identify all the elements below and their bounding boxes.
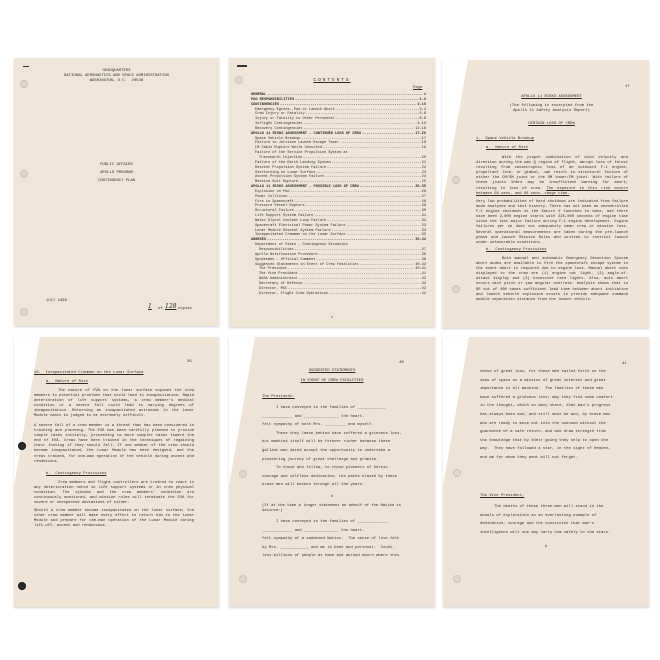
crewman-paragraph: Should a crew member become incapacitate… (34, 509, 194, 529)
crewman-item-text: 10. Incapacitated Crewman on the Lunar S… (34, 371, 143, 375)
vice-president-statement: The deaths of these three men will stand… (480, 503, 640, 537)
crewman-sub-b: b. Contingency Provisions (46, 472, 107, 477)
cover-title-line: CONTINGENCY PLAN (14, 179, 219, 184)
statement-line: and we for whom they went will not forge… (480, 454, 640, 463)
copy-of-label: of (158, 307, 163, 312)
toc-entry: Director, Flight Crew Operations42 (251, 292, 426, 297)
crewman-sub-a: a. Nature of Risk (46, 380, 88, 385)
punch-hole (453, 469, 461, 477)
statement-line: gallant men dared accept the opportunity… (262, 447, 422, 456)
toc-entry-page: 36-42 (415, 238, 426, 243)
statement-line: has always been won, and still must be w… (480, 411, 640, 420)
punch-hole (239, 575, 247, 583)
toc-entry-page: 19 (422, 146, 426, 151)
risk-paragraph-text: With the proper combination of wind velo… (476, 156, 628, 191)
page-number: 35 (187, 360, 192, 364)
document-page-contents: CONTENTS Page GENERAL1PAO RESPONSIBILITI… (229, 58, 435, 327)
risk-sub-b: b. Contingency Provisions (486, 248, 547, 253)
statement-line: I have conveyed to the families of _____… (262, 404, 422, 413)
statement-line: felt sympathy of a saddened Nation. The … (262, 535, 422, 544)
risk-title: APOLLO 11 RISKS ASSESSMENT (454, 95, 649, 100)
document-page-risk-assessment: 17 APOLLO 11 RISKS ASSESSMENT (The follo… (442, 60, 649, 328)
risk-paragraph: Both manual and automatic Emergency Dete… (476, 257, 628, 303)
contents-title: CONTENTS (229, 78, 435, 83)
document-page-suggested-statements: 40 SUGGESTED STATEMENTS IN EVENT OF CREW… (229, 337, 435, 607)
page-number: 17 (625, 85, 630, 89)
document-page-incapacitated-crewman: 35 10. Incapacitated Crewman on the Luna… (14, 337, 219, 607)
toc-entry-page: 42 (422, 292, 426, 297)
risk-item: 1. Space Vehicle Breakup (476, 137, 534, 142)
crewman-paragraph: Crew members and flight controllers are … (34, 481, 194, 506)
bracket-note: (If at the time a longer statement on be… (262, 504, 417, 514)
statement-line: dedication, courage and the conviction t… (480, 520, 640, 529)
speaker-president: The President: (262, 395, 295, 400)
statement-line: importance to all mankind. The families … (480, 385, 640, 394)
speaker-vice-president: The Vice President: (480, 494, 524, 499)
statement-line: seas of space on a mission of great inte… (480, 377, 640, 386)
statement-line: guarantee of a safe return, and who draw… (480, 428, 640, 437)
statement-line: intelligence will one day carry him safe… (480, 529, 640, 538)
statement-line: pioneering journey of great challenge an… (262, 456, 422, 465)
toc-entry-label: Director, Flight Crew Operations (259, 292, 328, 297)
cover-title-line: PUBLIC AFFAIRS (14, 163, 219, 168)
statement-line: way. They have followed a star, in the s… (480, 445, 640, 454)
copy-number-handwritten: 1 (148, 303, 152, 310)
section-separator: # (229, 495, 435, 500)
statements-title: IN EVENT OF CREW FATALITIES (229, 379, 435, 384)
risk-section: CERTAIN LOSS OF CREW (454, 122, 649, 127)
president-long-statement: I have conveyed to the families of _____… (262, 518, 422, 561)
statement-line: _____________ and _______________ the he… (262, 413, 422, 422)
cover-title-line: APOLLO PROGRAM (14, 171, 219, 176)
punch-hole (239, 470, 247, 478)
punch-hole (453, 575, 461, 583)
punch-hole (452, 176, 460, 184)
page-mark (23, 66, 29, 67)
crewman-paragraph: The nature of EVA on the lunar surface e… (34, 389, 194, 420)
statement-line: sense of great loss, for these men saile… (480, 368, 640, 377)
punch-hole (18, 442, 26, 450)
statement-line: _____________ and _______________ the he… (262, 527, 422, 536)
president-statement-continued: sense of great loss, for these men saile… (480, 368, 640, 463)
risk-paragraph: With the proper combination of wind velo… (476, 156, 628, 197)
president-statement: I have conveyed to the families of _____… (262, 404, 422, 490)
table-of-contents: GENERAL1PAO RESPONSIBILITIES1-2CONTINGEN… (251, 93, 426, 296)
punch-hole (18, 582, 26, 590)
statement-line: in the thought, which so many share, tha… (480, 402, 640, 411)
page-number: 40 (399, 361, 404, 365)
statement-line: less millions of people at home and abro… (262, 552, 422, 561)
statement-line: brave men will beckon through all the ye… (262, 481, 422, 490)
crewman-item: 10. Incapacitated Crewman on the Lunar S… (34, 371, 143, 376)
contents-page-column-label: Page (413, 86, 422, 91)
statement-line: courage and selfless dedication, the pat… (262, 473, 422, 482)
page-number: 41 (622, 362, 627, 366)
document-page-statements-continued: 41 sense of great loss, for these men sa… (443, 337, 649, 607)
statement-line: by Mrs. ____________ and me is keen and … (262, 544, 422, 553)
statement-line: These they leave behind have suffered a … (262, 430, 422, 439)
statement-line: who are ready to move out into the unkno… (480, 420, 640, 429)
cover-header-line: WASHINGTON, D.C. 20546 (14, 79, 219, 84)
contents-footer-page: i (229, 316, 435, 321)
statements-title: SUGGESTED STATEMENTS (229, 369, 435, 374)
statement-line: have suffered a grievous loss; may they … (480, 394, 640, 403)
statement-line: but mankind itself will be forever riche… (262, 438, 422, 447)
statement-line: To those who follow, to those pioneers o… (262, 464, 422, 473)
document-page-cover: HEADQUARTERS NATIONAL AERONAUTICS AND SP… (14, 58, 219, 326)
crewman-paragraph: A severe fall of a crew member is a thre… (34, 424, 194, 465)
statement-line: I have conveyed to the families of _____… (262, 518, 422, 527)
copies-label: copies (178, 307, 192, 312)
punch-hole (452, 285, 460, 293)
cover-date: JULY 1969 (46, 299, 67, 304)
risk-subtitle: Apollo 11 Safety Analysis Report) (454, 109, 649, 114)
toc-leader (329, 292, 421, 297)
statement-line: The deaths of these three men will stand… (480, 503, 640, 512)
page-mark (237, 65, 247, 67)
risk-sub-a: a. Nature of Risk (486, 146, 528, 151)
risk-paragraph: Very low probabilities of hard shutdown … (476, 200, 628, 246)
section-separator: # (443, 545, 649, 550)
punch-hole (20, 308, 28, 316)
statement-line: annals of exploration as an everlasting … (480, 512, 640, 521)
statement-line: felt sympathy of both Mrs. _________ and… (262, 421, 422, 430)
statement-line: the knowledge that by their going they h… (480, 437, 640, 446)
copy-total-handwritten: 128 (165, 303, 176, 310)
